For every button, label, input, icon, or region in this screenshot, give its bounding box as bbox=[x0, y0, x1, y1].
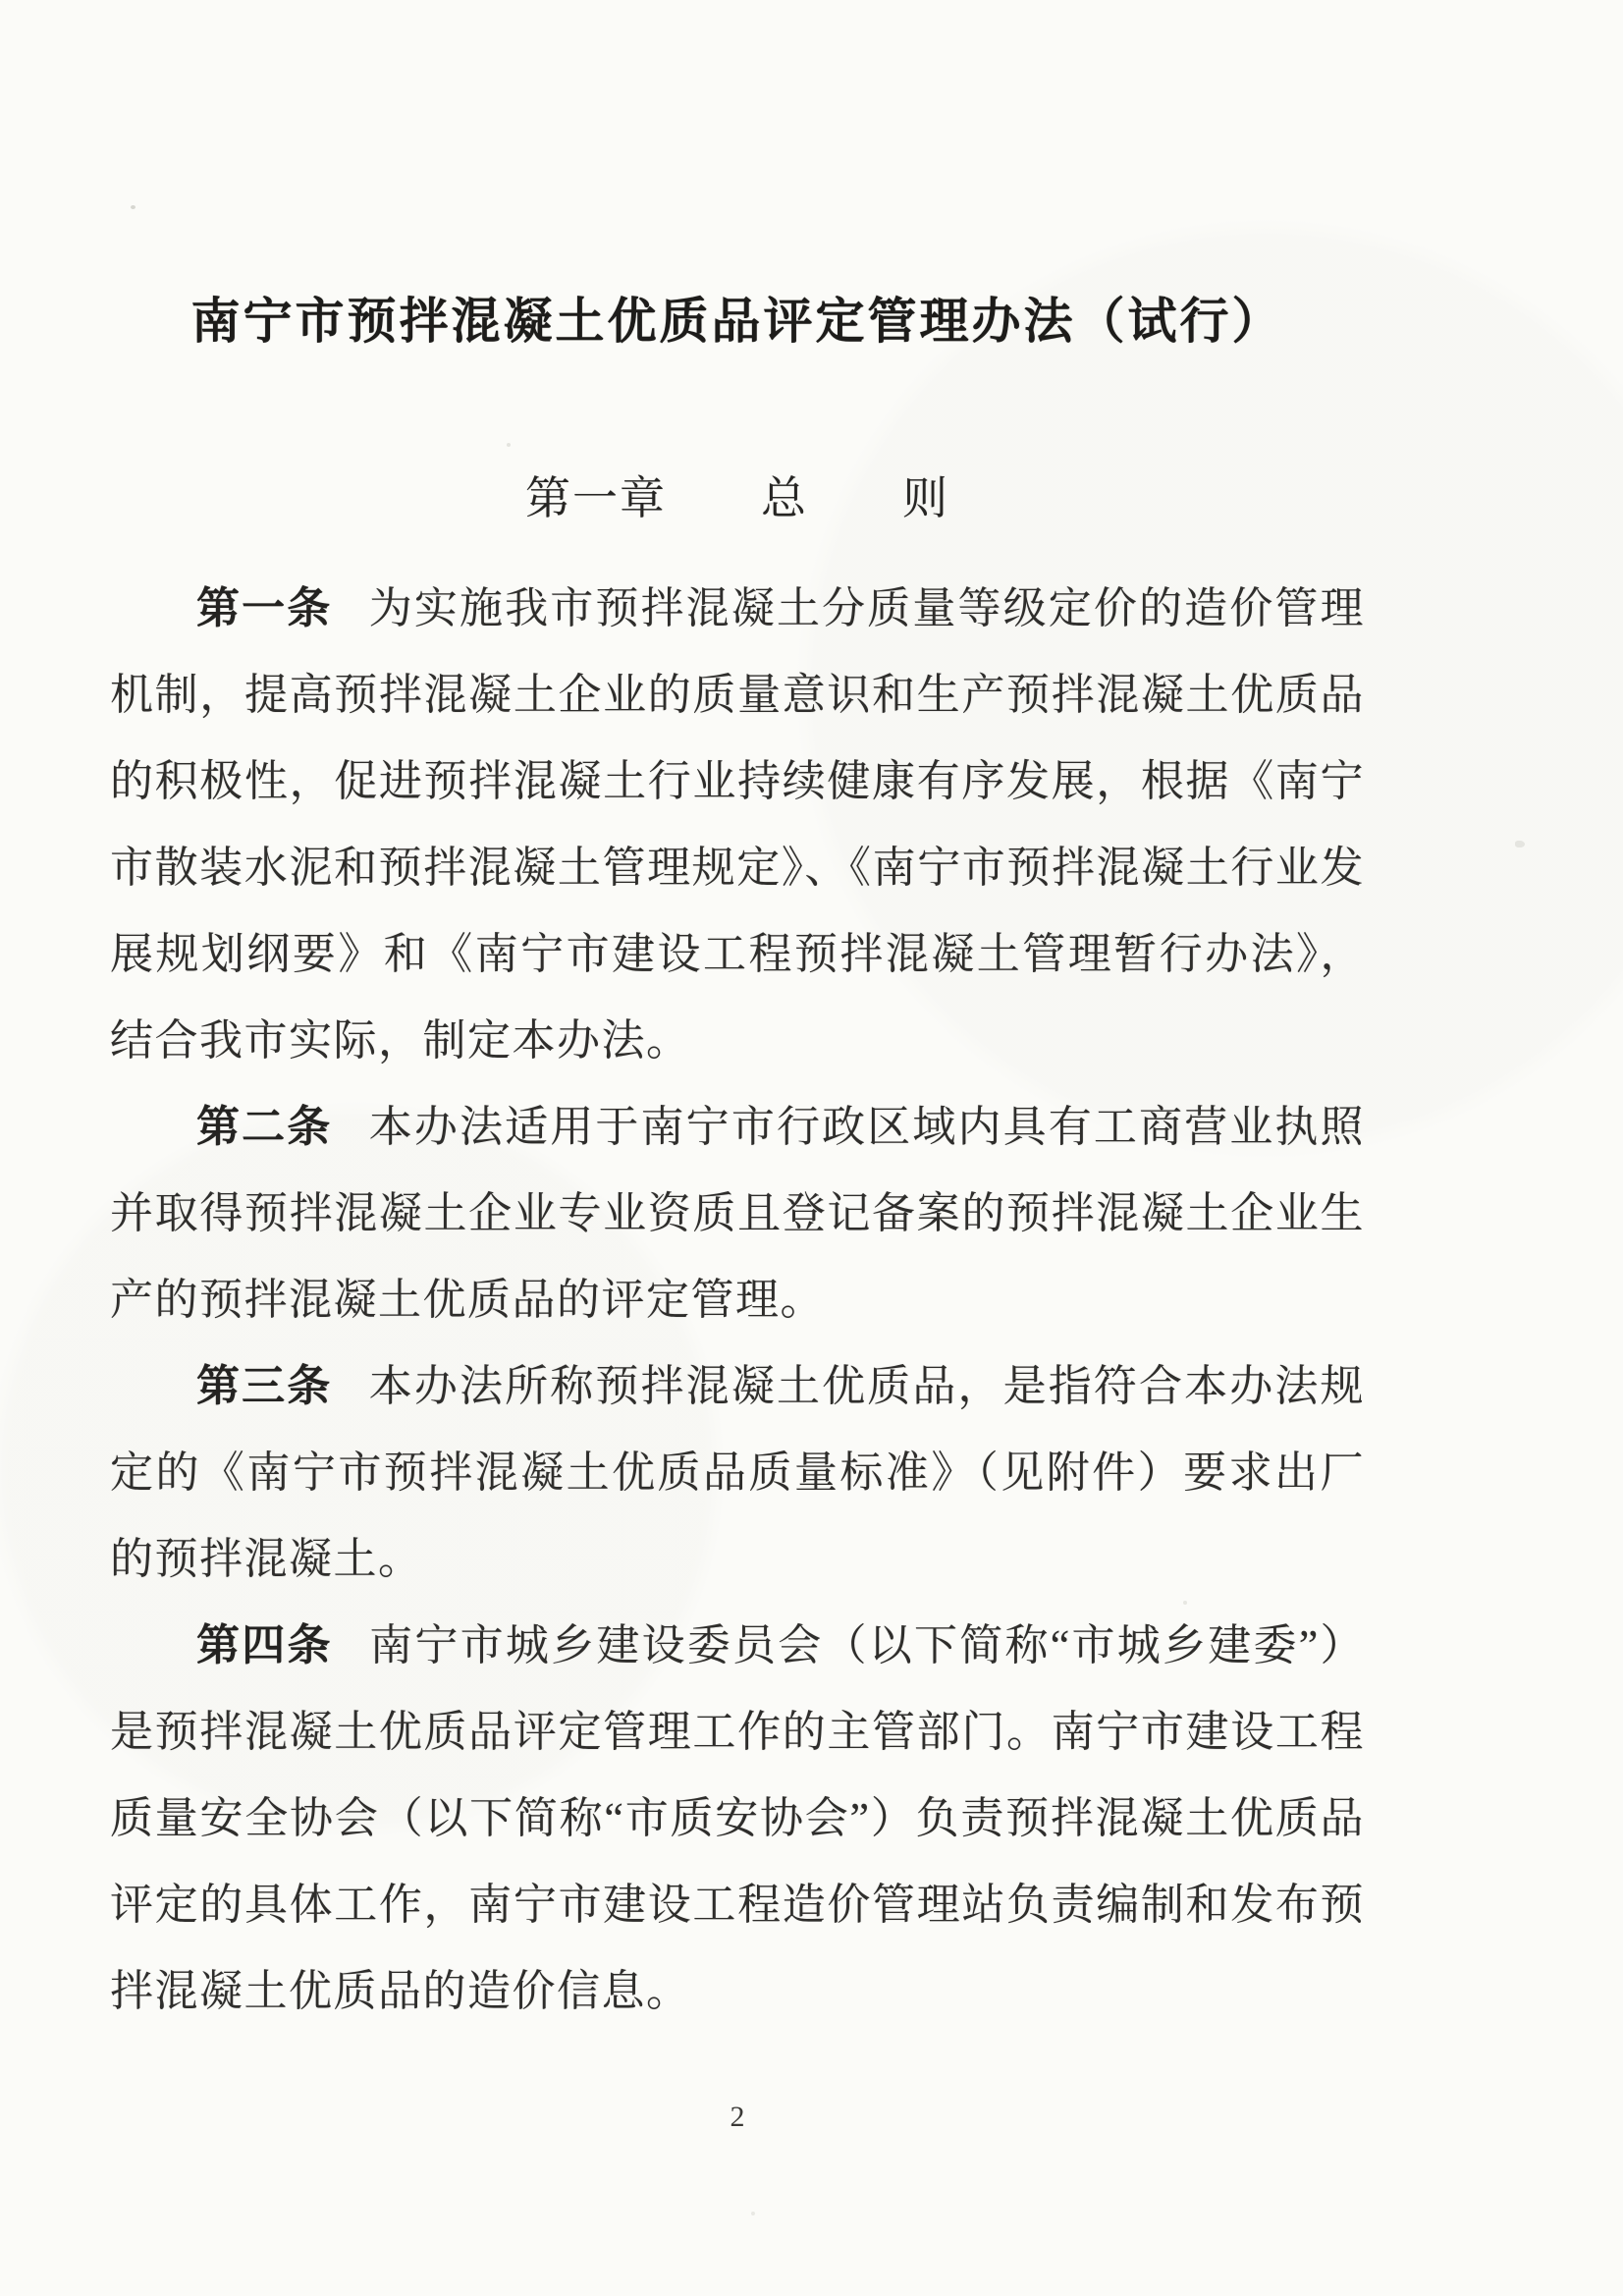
article-4-label: 第四条 bbox=[196, 1621, 333, 1669]
scan-speck bbox=[1515, 841, 1525, 847]
page-number: 2 bbox=[110, 2098, 1365, 2137]
scan-speck bbox=[751, 2212, 755, 2215]
scan-speck bbox=[1183, 1601, 1187, 1605]
chapter-heading: 第一章 总 则 bbox=[110, 469, 1365, 528]
scan-speck bbox=[507, 443, 511, 447]
article-paragraph-4: 第四条南宁市城乡建设委员会（以下简称“市城乡建委”）是预拌混凝土优质品评定管理工… bbox=[110, 1603, 1365, 2035]
article-1-text: 为实施我市预拌混凝土分质量等级定价的造价管理机制，提高预拌混凝土企业的质量意识和… bbox=[110, 584, 1365, 1065]
article-3-label: 第三条 bbox=[196, 1362, 332, 1410]
article-1-label: 第一条 bbox=[196, 584, 332, 632]
article-4-text: 南宁市城乡建设委员会（以下简称“市城乡建委”）是预拌混凝土优质品评定管理工作的主… bbox=[110, 1621, 1365, 2015]
scan-speck bbox=[131, 205, 135, 209]
document-body: 第一条为实施我市预拌混凝土分质量等级定价的造价管理机制，提高预拌混凝土企业的质量… bbox=[110, 566, 1365, 2035]
article-paragraph-2: 第二条本办法适用于南宁市行政区域内具有工商营业执照并取得预拌混凝土企业专业资质且… bbox=[110, 1084, 1365, 1343]
document-content: 南宁市预拌混凝土优质品评定管理办法（试行） 第一章 总 则 第一条为实施我市预拌… bbox=[110, 287, 1365, 2035]
document-title: 南宁市预拌混凝土优质品评定管理办法（试行） bbox=[110, 287, 1365, 355]
scanned-document-page: 南宁市预拌混凝土优质品评定管理办法（试行） 第一章 总 则 第一条为实施我市预拌… bbox=[0, 0, 1623, 2296]
article-paragraph-3: 第三条本办法所称预拌混凝土优质品，是指符合本办法规定的《南宁市预拌混凝土优质品质… bbox=[110, 1343, 1365, 1603]
article-paragraph-1: 第一条为实施我市预拌混凝土分质量等级定价的造价管理机制，提高预拌混凝土企业的质量… bbox=[110, 566, 1365, 1084]
article-2-label: 第二条 bbox=[196, 1103, 332, 1151]
